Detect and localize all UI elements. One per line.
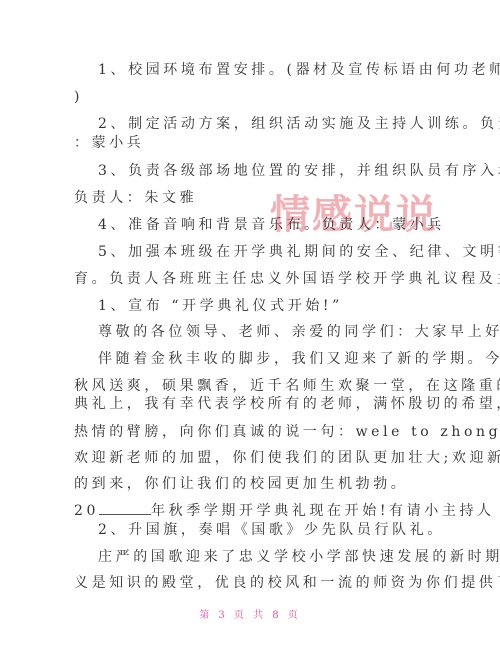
paragraph-line: 秋风送爽，硕果飘香，近千名师生欢聚一堂，在这隆重的开学 — [74, 377, 500, 395]
paragraph-line: 欢迎新老师的加盟，你们使我们的团队更加壮大;欢迎新同学 — [74, 449, 500, 467]
blank-line-suffix: 年秋季学期开学典礼现在开始!有请小主持人 。 — [151, 503, 500, 519]
fill-in-blank — [99, 502, 151, 515]
paragraph-line: 典礼上，我有幸代表学校所有的老师，满怀殷切的希望，张开 — [74, 395, 500, 413]
paragraph-line: 3、负责各级部场地位置的安排，并组织队员有序入场。 — [98, 162, 500, 180]
paragraph-line: 4、准备音响和背景音乐布。负责人：蒙小兵 — [98, 216, 445, 234]
document-page: 1、校园环境布置安排。(器材及宣传标语由何功老师安排 ) 2、制定活动方案，组织… — [0, 0, 500, 647]
paragraph-line: 2、制定活动方案，组织活动实施及主持人训练。负责人 — [98, 115, 500, 133]
paragraph-line: ) — [74, 88, 83, 106]
paragraph-line: 尊敬的各位领导、老师、亲爱的同学们：大家早上好好! — [98, 323, 500, 341]
paragraph-line: 伴随着金秋丰收的脚步，我们又迎来了新的学期。今天， — [98, 350, 500, 368]
paragraph-line: 1、宣布 “开学典礼仪式开始!” — [98, 297, 343, 315]
paragraph-line: 负责人：朱文雅 — [74, 189, 197, 207]
paragraph-line: 5、加强本班级在开学典礼期间的安全、纪律、文明等教 — [98, 243, 500, 261]
paragraph-line: 庄严的国歌迎来了忠义学校小学部快速发展的新时期，忠 — [98, 548, 500, 566]
paragraph-line: 育。负责人各班班主任忠义外国语学校开学典礼议程及主持词 — [74, 270, 500, 288]
page-number-footer: 第 3 页 共 8 页 — [0, 606, 500, 621]
paragraph-line: 义是知识的殿堂，优良的校风和一流的师资为你们提供了成功 — [74, 574, 500, 592]
paragraph-line: 1、校园环境布置安排。(器材及宣传标语由何功老师安排 — [98, 61, 500, 79]
paragraph-line: 热情的臂膀，向你们真诚的说一句：wele to zhongyi! — [74, 423, 500, 441]
paragraph-line: 2、升国旗，奏唱《国歌》少先队员行队礼。 — [98, 521, 445, 539]
paragraph-line: ：蒙小兵 — [74, 134, 144, 152]
year-prefix: 20 — [74, 503, 99, 519]
blank-fill-line: 20年秋季学期开学典礼现在开始!有请小主持人 。 — [74, 502, 500, 520]
paragraph-line: 的到来，你们让我们的校园更加生机勃勃。 — [74, 475, 408, 493]
